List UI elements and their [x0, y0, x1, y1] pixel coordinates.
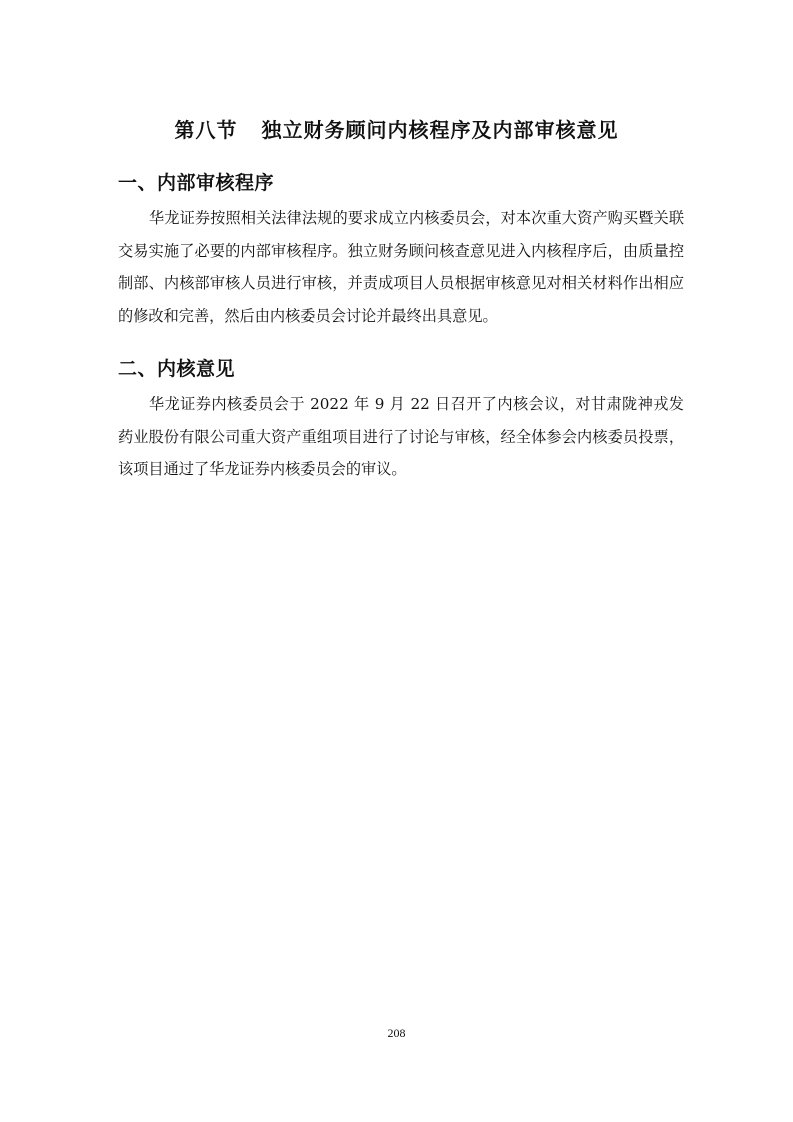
section-title: 独立财务顾问内核程序及内部审核意见 — [262, 118, 619, 142]
paragraph-internal-review-opinion: 华龙证券内核委员会于 2022 年 9 月 22 日召开了内核会议，对甘肃陇神戎… — [118, 388, 684, 486]
page-number: 208 — [0, 1026, 793, 1041]
section-number: 第八节 — [175, 118, 238, 142]
section-heading-internal-review-procedure: 一、内部审核程序 — [118, 168, 274, 195]
paragraph-internal-review-procedure: 华龙证券按照相关法律法规的要求成立内核委员会，对本次重大资产购买暨关联交易实施了… — [118, 202, 684, 332]
page-title: 第八节独立财务顾问内核程序及内部审核意见 — [0, 114, 793, 143]
section-heading-internal-review-opinion: 二、内核意见 — [118, 354, 235, 381]
